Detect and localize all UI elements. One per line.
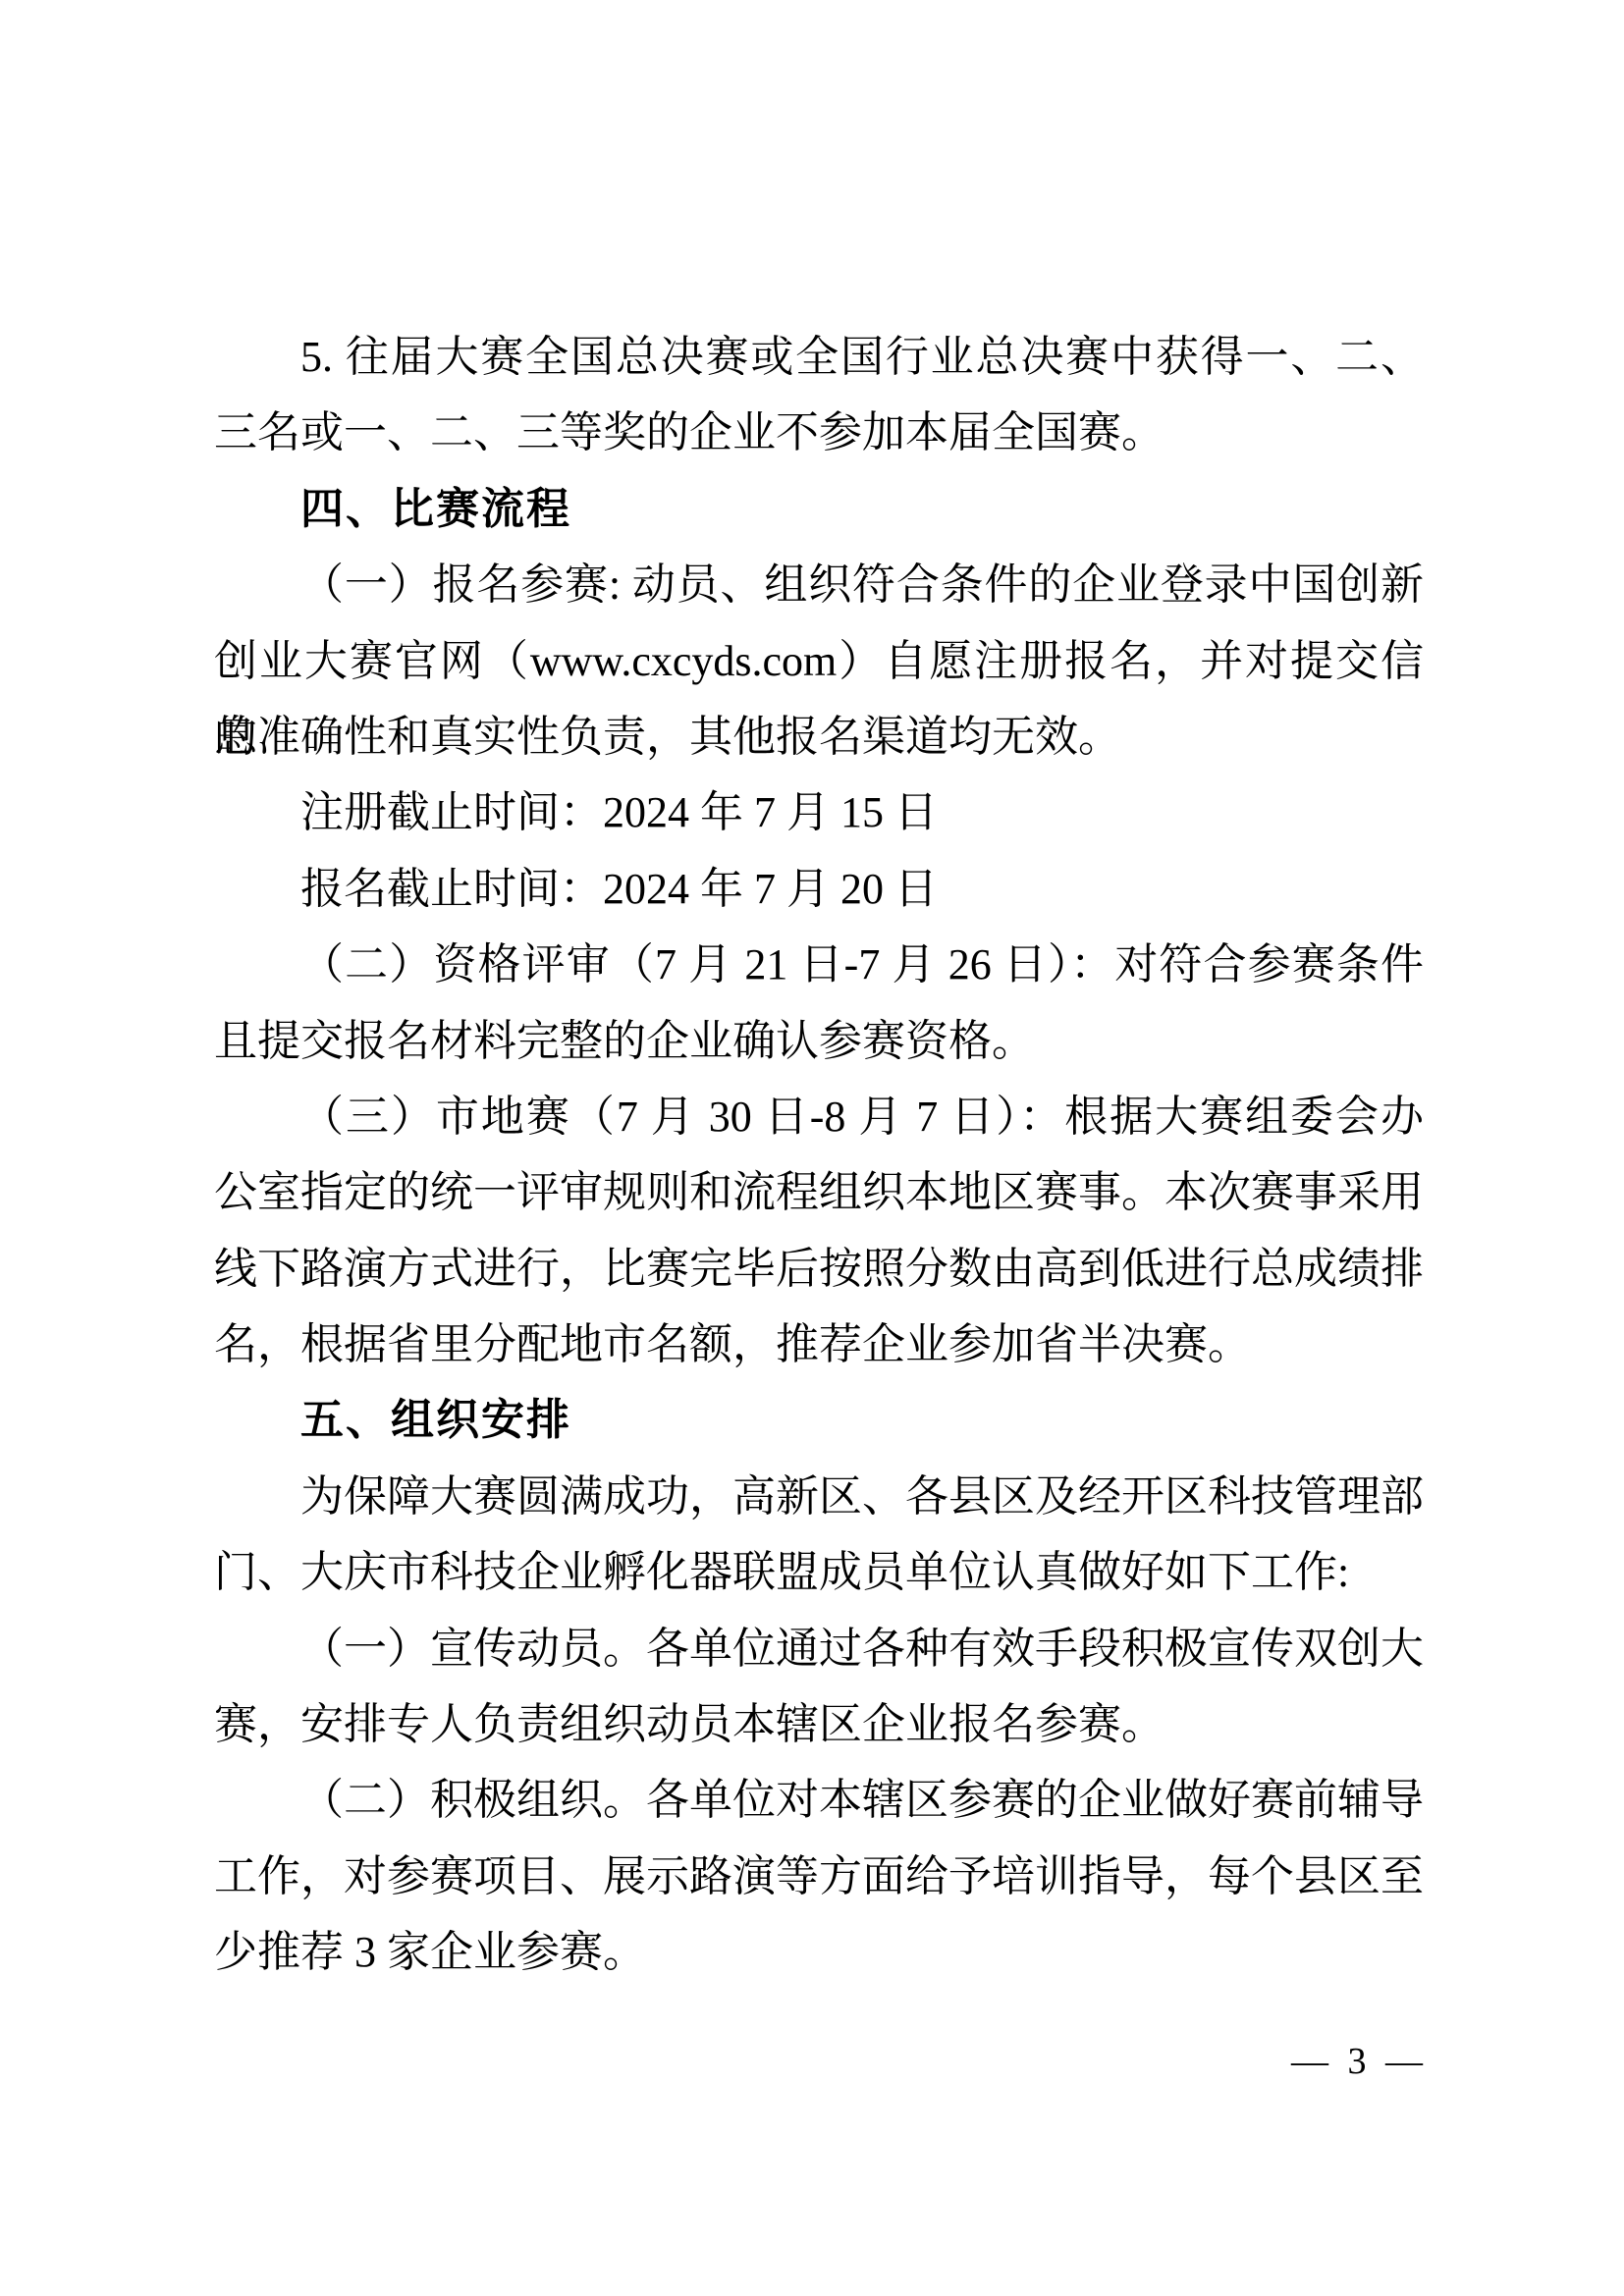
document-line: 工作，对参赛项目、展示路演等方面给予培训指导，每个县区至: [214, 1839, 1424, 1914]
document-line: 的准确性和真实性负责，其他报名渠道均无效。: [214, 699, 1424, 774]
document-line: （三）市地赛（7 月 30 日-8 月 7 日）：根据大赛组委会办: [214, 1079, 1424, 1154]
document-page: 5. 往届大赛全国总决赛或全国行业总决赛中获得一、二、 三名或一、二、三等奖的企…: [0, 0, 1624, 2296]
document-line: 且提交报名材料完整的企业确认参赛资格。: [214, 1003, 1424, 1079]
section-heading: 五、组织安排: [214, 1382, 1424, 1458]
document-line: 报名截止时间：2024 年 7 月 20 日: [214, 851, 1424, 927]
document-line: （二）积极组织。各单位对本辖区参赛的企业做好赛前辅导: [214, 1762, 1424, 1838]
document-line: 注册截止时间：2024 年 7 月 15 日: [214, 774, 1424, 850]
document-line: 名，根据省里分配地市名额，推荐企业参加省半决赛。: [214, 1307, 1424, 1382]
document-line: 少推荐 3 家企业参赛。: [214, 1914, 1424, 1990]
document-line: 公室指定的统一评审规则和流程组织本地区赛事。本次赛事采用: [214, 1154, 1424, 1230]
document-line: （一）报名参赛: 动员、组织符合条件的企业登录中国创新: [214, 547, 1424, 622]
document-line: 创业大赛官网（www.cxcyds.com）自愿注册报名，并对提交信息: [214, 623, 1424, 699]
page-number: — 3 —: [1291, 2040, 1428, 2083]
document-line: 5. 往届大赛全国总决赛或全国行业总决赛中获得一、二、: [214, 319, 1424, 395]
document-line: （一）宣传动员。各单位通过各种有效手段积极宣传双创大: [214, 1611, 1424, 1686]
section-heading: 四、比赛流程: [214, 471, 1424, 547]
document-line: 线下路演方式进行，比赛完毕后按照分数由高到低进行总成绩排: [214, 1231, 1424, 1307]
document-line: 门、大庆市科技企业孵化器联盟成员单位认真做好如下工作:: [214, 1534, 1424, 1610]
document-line: 三名或一、二、三等奖的企业不参加本届全国赛。: [214, 395, 1424, 470]
document-line: （二）资格评审（7 月 21 日-7 月 26 日）：对符合参赛条件: [214, 927, 1424, 1002]
document-line: 赛，安排专人负责组织动员本辖区企业报名参赛。: [214, 1686, 1424, 1762]
document-line: 为保障大赛圆满成功，高新区、各县区及经开区科技管理部: [214, 1459, 1424, 1534]
text-block: 5. 往届大赛全国总决赛或全国行业总决赛中获得一、二、 三名或一、二、三等奖的企…: [214, 319, 1424, 1991]
